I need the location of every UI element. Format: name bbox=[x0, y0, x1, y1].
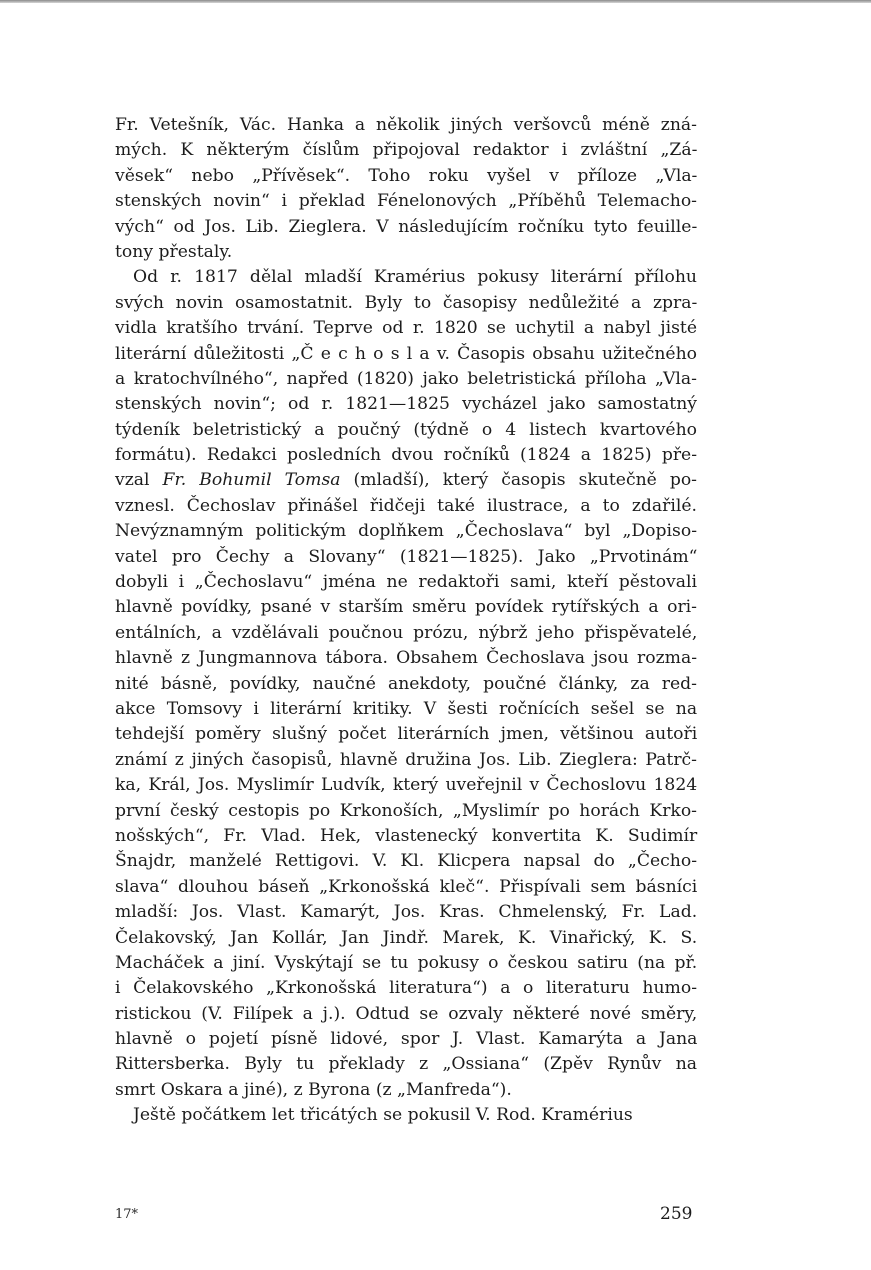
text-line: Nevýznamným politickým doplňkem „Čechosl… bbox=[115, 519, 697, 544]
text-line: vznesl. Čechoslav přinášel řidčeji také … bbox=[115, 494, 697, 519]
text-line: Čelakovský, Jan Kollár, Jan Jindř. Marek… bbox=[115, 926, 697, 951]
text-line-paragraph-end: tony přestaly. bbox=[115, 240, 697, 265]
text-line: první český cestopis po Krkonoších, „Mys… bbox=[115, 799, 697, 824]
text-line: stenských novin“; od r. 1821—1825 vycház… bbox=[115, 392, 697, 417]
text-line: vatel pro Čechy a Slovany“ (1821—1825). … bbox=[115, 545, 697, 570]
text-line: stenských novin“ i překlad Fénelonových … bbox=[115, 189, 697, 214]
scan-top-edge bbox=[0, 0, 871, 3]
text-line: svých novin osamostatnit. Byly to časopi… bbox=[115, 291, 697, 316]
text-line: Fr. Vetešník, Vác. Hanka a několik jinýc… bbox=[115, 113, 697, 138]
page-number: 259 bbox=[660, 1204, 692, 1224]
text-line-paragraph-start: Od r. 1817 dělal mladší Kramérius pokusy… bbox=[115, 265, 697, 290]
text-line: týdeník beletristický a poučný (týdně o … bbox=[115, 418, 697, 443]
text-line: nošských“, Fr. Vlad. Hek, vlastenecký ko… bbox=[115, 824, 697, 849]
text-line: literární důležitosti „Č e c h o s l a v… bbox=[115, 342, 697, 367]
text-line: ka, Král, Jos. Myslimír Ludvík, který uv… bbox=[115, 773, 697, 798]
text-line: i Čelakovského „Krkonošská literatura“) … bbox=[115, 976, 697, 1001]
text-line: Rittersberka. Byly tu překlady z „Ossian… bbox=[115, 1052, 697, 1077]
text-line: akce Tomsovy i literární kritiky. V šest… bbox=[115, 697, 697, 722]
text-line: vých“ od Jos. Lib. Zieglera. V následují… bbox=[115, 215, 697, 240]
text-line: nité básně, povídky, naučné anekdoty, po… bbox=[115, 672, 697, 697]
text-line: slava“ dlouhou báseň „Krkonošská kleč“. … bbox=[115, 875, 697, 900]
text-line: mých. K některým číslům připojoval redak… bbox=[115, 138, 697, 163]
text-line-paragraph-start: Ještě počátkem let třicátých se pokusil … bbox=[115, 1103, 697, 1128]
text-line: Šnajdr, manželé Rettigovi. V. Kl. Klicpe… bbox=[115, 849, 697, 874]
italic-name: Fr. Bohumil Tomsa bbox=[163, 470, 341, 490]
text-line: entálních, a vzdělávali poučnou prózu, n… bbox=[115, 621, 697, 646]
text-line-with-italic-name: vzal Fr. Bohumil Tomsa (mladší), který č… bbox=[115, 468, 697, 493]
text-line: hlavně povídky, psané v starším směru po… bbox=[115, 595, 697, 620]
signature-mark: 17* bbox=[115, 1207, 138, 1222]
text-line: ristickou (V. Filípek a j.). Odtud se oz… bbox=[115, 1002, 697, 1027]
text-line: vidla kratšího trvání. Teprve od r. 1820… bbox=[115, 316, 697, 341]
text-line: Macháček a jiní. Vyskýtají se tu pokusy … bbox=[115, 951, 697, 976]
text-line: hlavně z Jungmannova tábora. Obsahem Čec… bbox=[115, 646, 697, 671]
text-line: a kratochvílného“, napřed (1820) jako be… bbox=[115, 367, 697, 392]
text-line: hlavně o pojetí písně lidové, spor J. Vl… bbox=[115, 1027, 697, 1052]
page-body-text: Fr. Vetešník, Vác. Hanka a několik jinýc… bbox=[115, 113, 697, 1129]
text-line: dobyli i „Čechoslavu“ jména ne redaktoři… bbox=[115, 570, 697, 595]
text-line: věsek“ nebo „Přívěsek“. Toho roku vyšel … bbox=[115, 164, 697, 189]
text-line: mladší: Jos. Vlast. Kamarýt, Jos. Kras. … bbox=[115, 900, 697, 925]
text-line: známí z jiných časopisů, hlavně družina … bbox=[115, 748, 697, 773]
text-line: tehdejší poměry slušný počet literárních… bbox=[115, 722, 697, 747]
text-line-paragraph-end: smrt Oskara a jiné), z Byrona (z „Manfre… bbox=[115, 1078, 697, 1103]
text-line: formátu). Redakci posledních dvou ročník… bbox=[115, 443, 697, 468]
